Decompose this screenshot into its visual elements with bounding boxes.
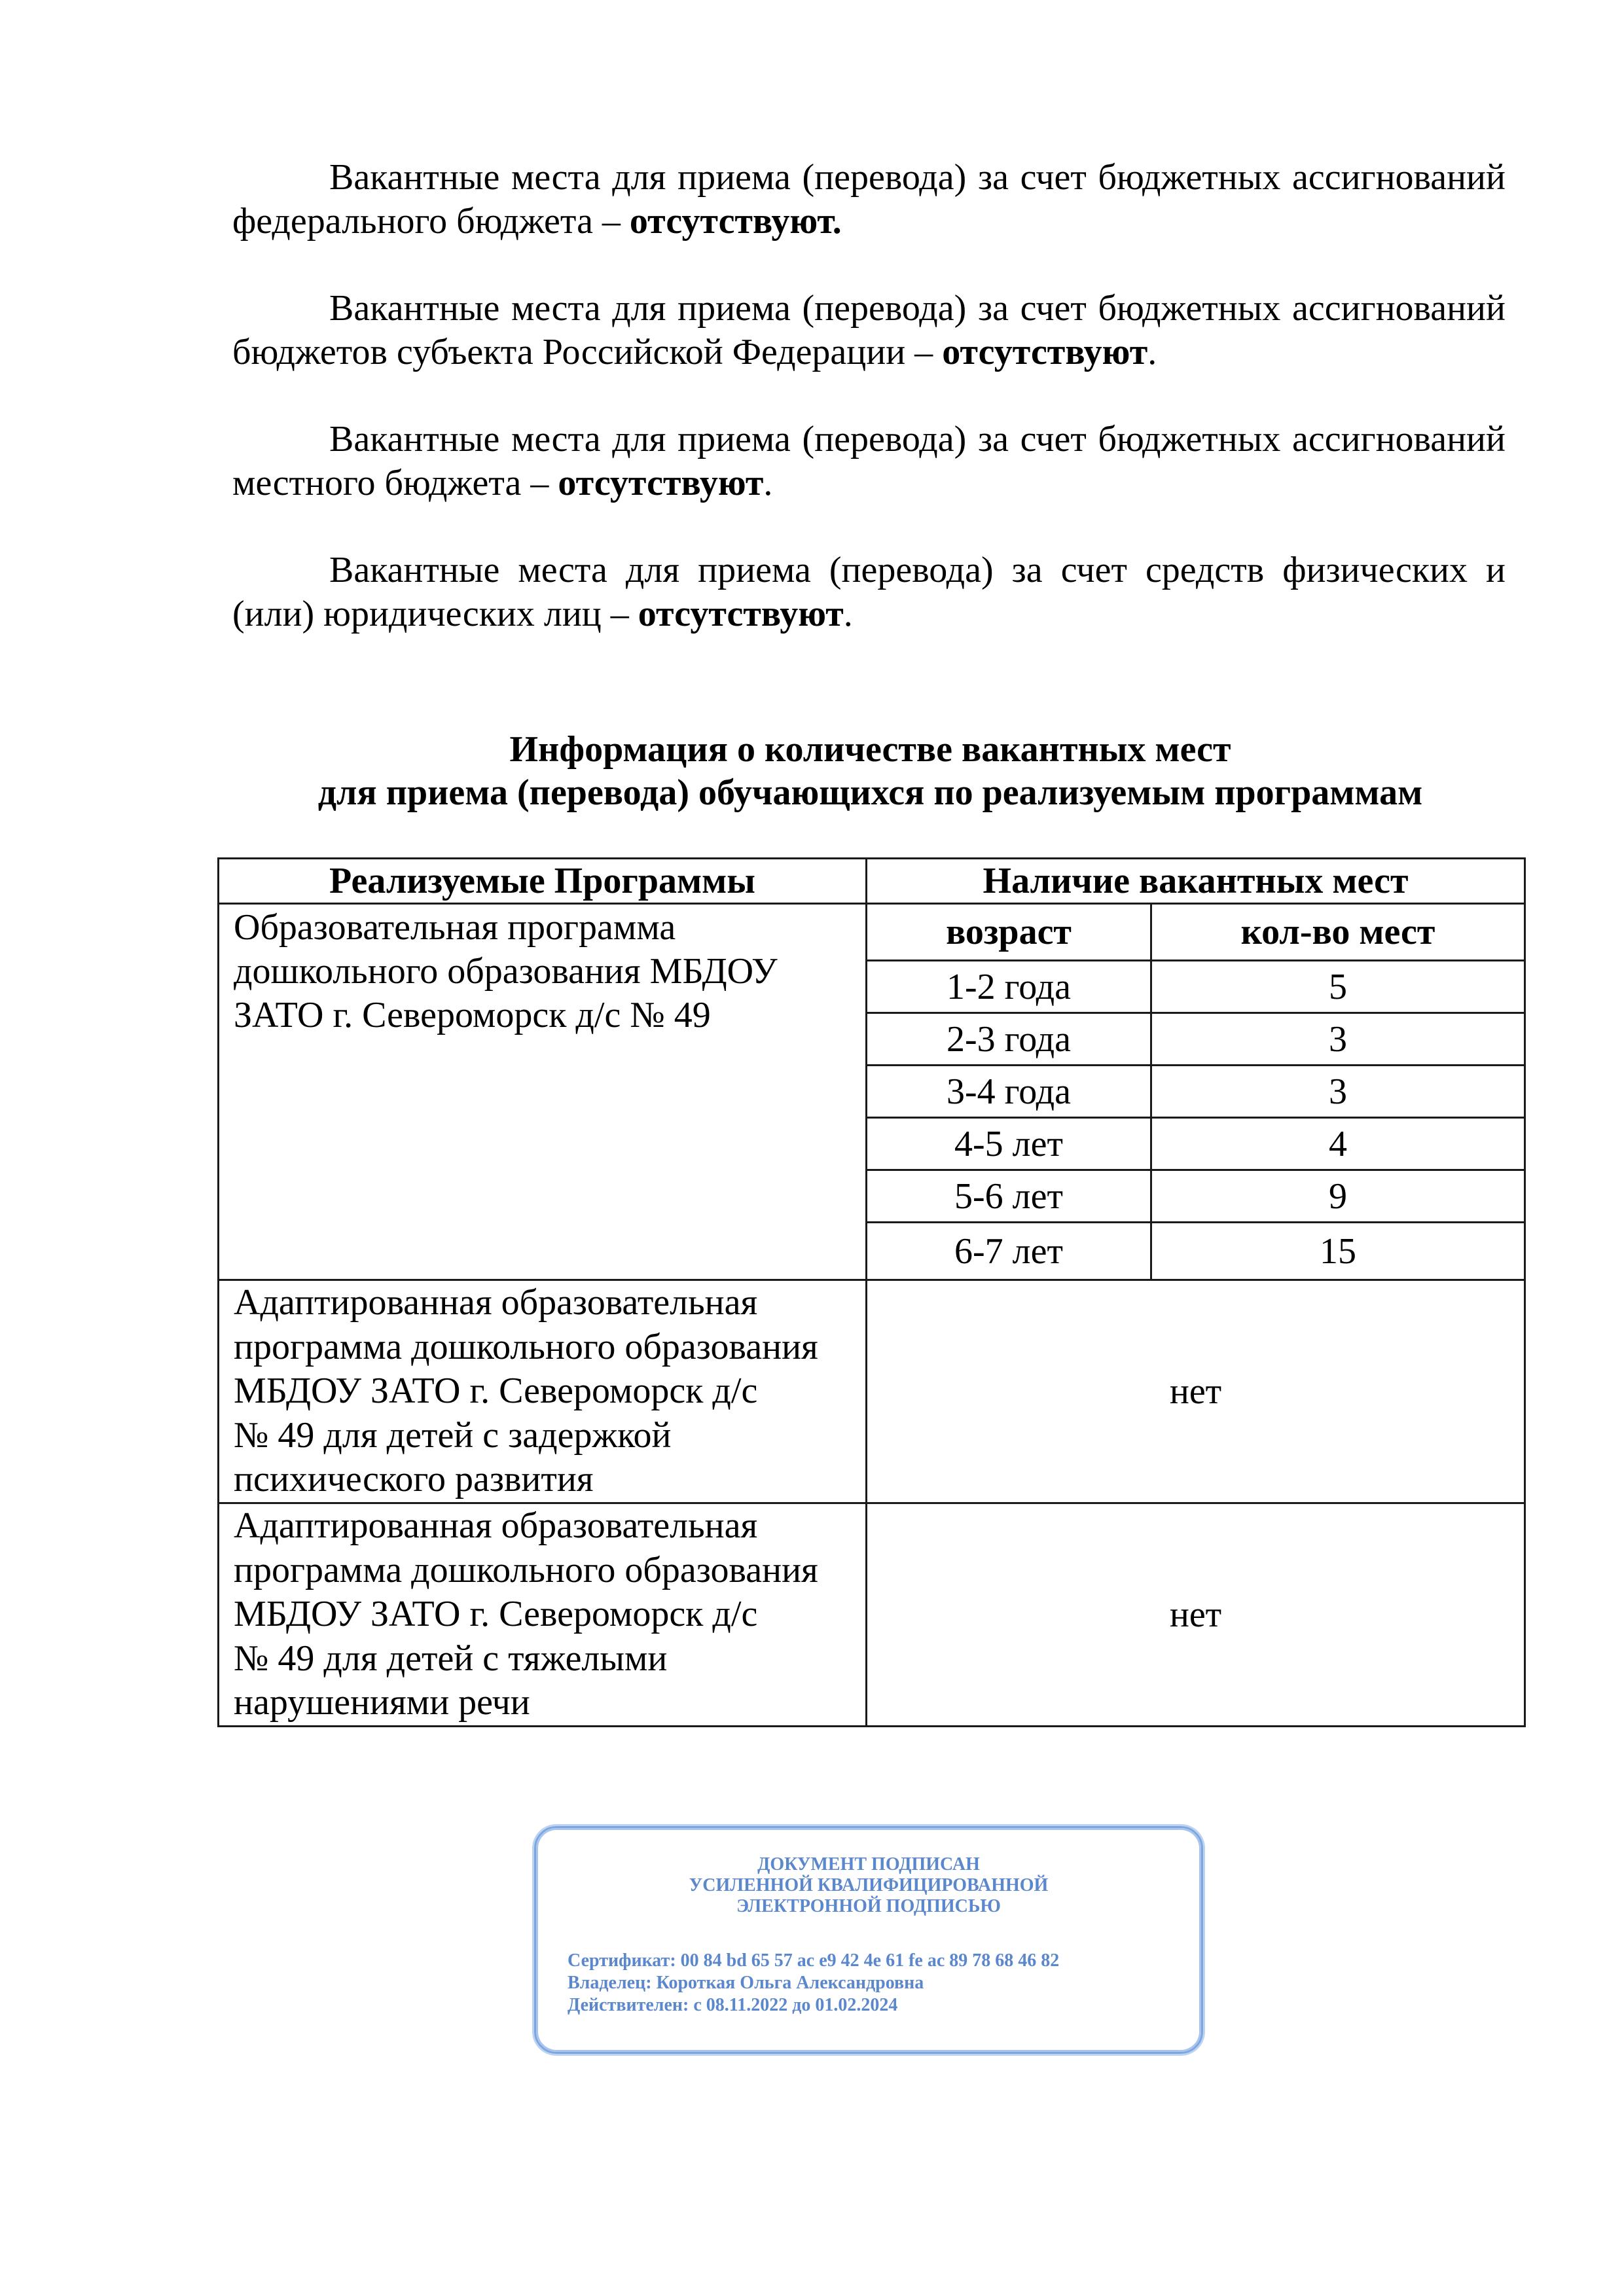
stamp-certificate: Сертификат: 00 84 bd 65 57 ac e9 42 4e 6… <box>568 1950 1059 1972</box>
paragraph-text: Вакантные места для приема (перевода) за… <box>232 419 1506 503</box>
count-cell: 5 <box>1151 961 1525 1013</box>
program-name-line: Адаптированная образовательная <box>234 1281 865 1325</box>
electronic-signature-stamp: ДОКУМЕНТ ПОДПИСАН УСИЛЕННОЙ КВАЛИФИЦИРОВ… <box>534 1826 1203 2054</box>
age-cell: 3-4 года <box>867 1066 1151 1118</box>
heading-line-2: для приема (перевода) обучающихся по реа… <box>217 771 1523 814</box>
age-cell: 6-7 лет <box>867 1223 1151 1280</box>
program-name-line: Образовательная программа <box>234 906 865 950</box>
subheader-age: возраст <box>867 904 1151 961</box>
program-name-line: ЗАТО г. Североморск д/с № 49 <box>234 994 865 1037</box>
paragraph-text: Вакантные места для приема (перевода) за… <box>232 157 1506 242</box>
program-name-line: программа дошкольного образования <box>234 1549 865 1593</box>
count-cell: 15 <box>1151 1223 1525 1280</box>
paragraph-local-budget: Вакантные места для приема (перевода) за… <box>232 418 1506 505</box>
stamp-details: Сертификат: 00 84 bd 65 57 ac e9 42 4e 6… <box>568 1950 1059 2017</box>
table-subheader-row: Образовательная программа дошкольного об… <box>219 904 1525 961</box>
document-page: Вакантные места для приема (перевода) за… <box>0 0 1624 2296</box>
vacancies-table: Реализуемые Программы Наличие вакантных … <box>217 857 1526 1727</box>
program-name-line: Адаптированная образовательная <box>234 1504 865 1549</box>
table-row: Адаптированная образовательная программа… <box>219 1280 1525 1503</box>
status-emphasis: отсутствуют <box>558 463 763 503</box>
age-cell: 5-6 лет <box>867 1170 1151 1223</box>
paragraph-tail: . <box>763 463 772 503</box>
program-name-line: № 49 для детей с тяжелыми <box>234 1637 865 1681</box>
count-cell: 4 <box>1151 1118 1525 1170</box>
status-emphasis: отсутствуют. <box>630 201 842 242</box>
status-emphasis: отсутствуют <box>942 332 1147 372</box>
program-name-line: МБДОУ ЗАТО г. Североморск д/с <box>234 1369 865 1414</box>
program-name-line: нарушениями речи <box>234 1681 865 1725</box>
paragraph-federal-budget: Вакантные места для приема (перевода) за… <box>232 156 1506 243</box>
age-cell: 1-2 года <box>867 961 1151 1013</box>
status-emphasis: отсутствуют <box>638 594 844 634</box>
count-cell: 3 <box>1151 1066 1525 1118</box>
paragraph-paid-places: Вакантные места для приема (перевода) за… <box>232 548 1506 636</box>
program-name-cell: Образовательная программа дошкольного об… <box>219 904 867 1280</box>
section-heading: Информация о количестве вакантных мест д… <box>217 728 1523 814</box>
program-name-line: программа дошкольного образования <box>234 1325 865 1370</box>
vacancies-value: нет <box>867 1280 1525 1503</box>
paragraph-text: Вакантные места для приема (перевода) за… <box>232 550 1506 634</box>
count-cell: 3 <box>1151 1013 1525 1066</box>
header-vacancies: Наличие вакантных мест <box>867 859 1525 904</box>
age-cell: 2-3 года <box>867 1013 1151 1066</box>
program-name-line: МБДОУ ЗАТО г. Североморск д/с <box>234 1592 865 1637</box>
heading-line-1: Информация о количестве вакантных мест <box>217 728 1523 771</box>
program-name-line: психического развития <box>234 1458 865 1502</box>
program-name-line: дошкольного образования МБДОУ <box>234 950 865 994</box>
program-name-line: № 49 для детей с задержкой <box>234 1414 865 1458</box>
stamp-title-line: ДОКУМЕНТ ПОДПИСАН <box>536 1854 1201 1875</box>
paragraph-regional-budget: Вакантные места для приема (перевода) за… <box>232 287 1506 374</box>
program-name-cell: Адаптированная образовательная программа… <box>219 1280 867 1503</box>
stamp-owner: Владелец: Короткая Ольга Александровна <box>568 1972 1059 1994</box>
table-header-row: Реализуемые Программы Наличие вакантных … <box>219 859 1525 904</box>
age-cell: 4-5 лет <box>867 1118 1151 1170</box>
subheader-count: кол-во мест <box>1151 904 1525 961</box>
paragraph-tail: . <box>1147 332 1157 372</box>
stamp-title-line: ЭЛЕКТРОННОЙ ПОДПИСЬЮ <box>536 1896 1201 1917</box>
table-row: Адаптированная образовательная программа… <box>219 1503 1525 1727</box>
header-programs: Реализуемые Программы <box>219 859 867 904</box>
vacancies-value: нет <box>867 1503 1525 1727</box>
paragraph-text: Вакантные места для приема (перевода) за… <box>232 288 1506 372</box>
program-name-cell: Адаптированная образовательная программа… <box>219 1503 867 1727</box>
stamp-validity: Действителен: с 08.11.2022 до 01.02.2024 <box>568 1994 1059 2017</box>
stamp-title-line: УСИЛЕННОЙ КВАЛИФИЦИРОВАННОЙ <box>536 1875 1201 1896</box>
count-cell: 9 <box>1151 1170 1525 1223</box>
stamp-title: ДОКУМЕНТ ПОДПИСАН УСИЛЕННОЙ КВАЛИФИЦИРОВ… <box>536 1854 1201 1917</box>
paragraph-tail: . <box>844 594 853 634</box>
